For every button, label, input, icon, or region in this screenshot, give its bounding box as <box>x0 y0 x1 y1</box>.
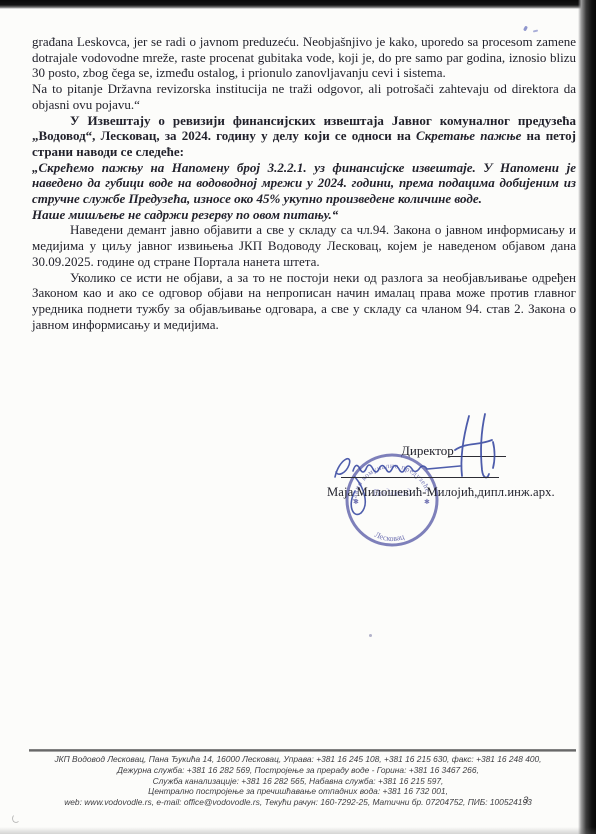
scan-edge-bottom <box>0 827 596 834</box>
paragraph-quote-1: „Скрећемо пажњу на Напомену број 3.2.2.1… <box>32 160 576 207</box>
director-name: Маја Милошевић-Милојић,дипл.инж.арх. <box>327 485 555 500</box>
footer-divider <box>29 749 576 752</box>
ink-speck-icon <box>533 30 538 33</box>
signature-underline <box>341 477 499 478</box>
footer-line: Централно постројење за пречишћавање отп… <box>18 786 578 797</box>
signature-initials-icon <box>447 410 512 485</box>
scanned-letter-page: građana Leskovca, jer se radi o javnom p… <box>0 0 596 834</box>
paragraph-latin-1: građana Leskovca, jer se radi o javnom p… <box>32 34 576 81</box>
footer-line: web: www.vodovodle.rs, e-mail: office@vo… <box>18 797 578 808</box>
pen-smudge-icon <box>12 814 20 823</box>
paragraph-report-intro: У Извештају о ревизији финансијских изве… <box>32 113 576 160</box>
paragraph-demand: Наведени демант јавно објавити а све у с… <box>32 222 576 269</box>
paragraph-legal: Уколико се исти не објави, а за то не по… <box>32 270 576 333</box>
ink-speck-icon <box>369 634 372 637</box>
footer-contact-block: ЈКП Водовод Лесковац, Пана Ђукића 14, 16… <box>18 754 578 808</box>
scan-edge-top <box>0 0 596 9</box>
letter-body: građana Leskovca, jer se radi o javnom p… <box>32 34 576 332</box>
footer-line: ЈКП Водовод Лесковац, Пана Ђукића 14, 16… <box>18 754 578 765</box>
paragraph-segment-emphasis: Скретање пажње <box>416 128 521 143</box>
page-number: 3 <box>523 795 528 806</box>
scan-edge-right <box>578 0 596 834</box>
footer-line: Служба канализације: +381 16 282 565, На… <box>18 776 578 787</box>
paragraph-latin-2: Na to pitanje Državna revizorska institu… <box>32 81 576 112</box>
paragraph-quote-2: Наше мишљење не садржи резерву по овом п… <box>32 207 576 223</box>
footer-line: Дежурна служба: +381 16 282 569, Построј… <box>18 765 578 776</box>
ink-speck-icon <box>523 26 528 32</box>
